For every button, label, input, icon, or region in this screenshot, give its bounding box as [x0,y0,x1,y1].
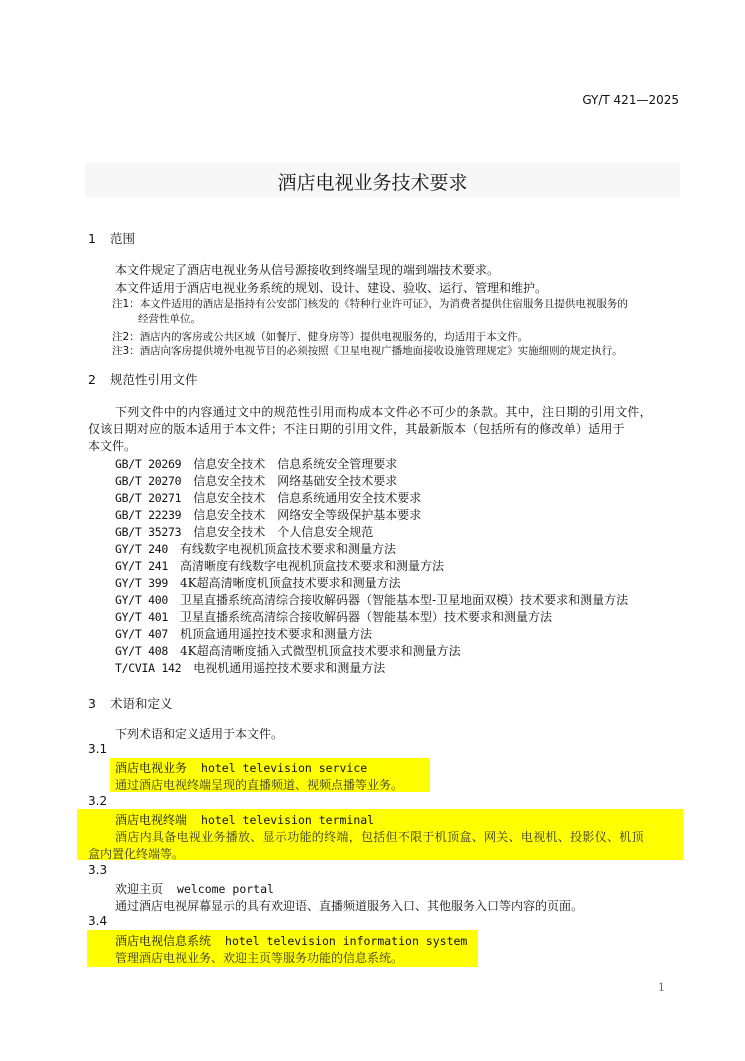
term-definition: 酒店内具备电视业务播放、显示功能的终端，包括但不限于机顶盒、网关、电视机、投影仪… [115,828,644,845]
section-number: 1 [88,231,110,246]
reference-item: GY/T 240 有线数字电视机顶盒技术要求和测量方法 [115,540,396,557]
term-title: 欢迎主页welcome portal [115,880,274,897]
page-number: 1 [658,981,665,994]
section-title: 范围 [110,231,135,246]
normative-intro-line-1: 下列文件中的内容通过文中的规范性引用而构成本文件必不可少的条款。其中，注日期的引… [115,403,652,420]
standard-code: GY/T 421—2025 [582,93,679,107]
reference-item: GB/T 35273 信息安全技术 个人信息安全规范 [115,523,373,540]
normative-intro-line-2: 仅该日期对应的版本适用于本文件；不注日期的引用文件，其最新版本（包括所有的修改单… [88,420,625,437]
note-3: 注3：酒店向客房提供境外电视节目的必须按照《卫星电视广播地面接收设施管理规定》实… [112,343,623,358]
scope-paragraph-1: 本文件规定了酒店电视业务从信号源接收到终端呈现的端到端技术要求。 [115,261,499,278]
term-definition: 通过酒店电视终端呈现的直播频道、视频点播等业务。 [115,776,403,793]
reference-item: GY/T 408 4K超高清晰度插入式微型机顶盒技术要求和测量方法 [115,642,461,659]
term-definition: 通过酒店电视屏幕显示的具有欢迎语、直播频道服务入口、其他服务入口等内容的页面。 [115,897,583,914]
section-3-heading: 3术语和定义 [88,694,173,712]
reference-item: GY/T 407 机顶盒通用遥控技术要求和测量方法 [115,625,372,642]
terms-intro: 下列术语和定义适用于本文件。 [115,725,283,742]
note-1: 注1：本文件适用的酒店是指持有公安部门核发的《特种行业许可证》，为消费者提供住宿… [112,296,628,311]
term-title: 酒店电视业务hotel television service [115,759,367,776]
section-number: 2 [88,372,110,387]
term-definition-continued: 盒内置化终端等。 [88,845,184,862]
term-number: 3.1 [88,742,107,756]
reference-item: GB/T 20271 信息安全技术 信息系统通用安全技术要求 [115,489,421,506]
section-1-heading: 1范围 [88,229,135,247]
reference-item: GB/T 20269 信息安全技术 信息系统安全管理要求 [115,455,397,472]
term-definition: 管理酒店电视业务、欢迎主页等服务功能的信息系统。 [115,949,403,966]
reference-item: GY/T 400 卫星直播系统高清综合接收解码器（智能基本型-卫星地面双模）技术… [115,591,628,608]
section-title: 规范性引用文件 [110,372,198,387]
term-title: 酒店电视终端hotel television terminal [115,811,374,828]
section-title: 术语和定义 [110,696,173,711]
reference-item: GB/T 20270 信息安全技术 网络基础安全技术要求 [115,472,397,489]
document-title: 酒店电视业务技术要求 [0,168,745,195]
term-number: 3.3 [88,863,107,877]
reference-item: GY/T 399 4K超高清晰度机顶盒技术要求和测量方法 [115,574,401,591]
term-title: 酒店电视信息系统hotel television information sys… [115,932,467,949]
scope-paragraph-2: 本文件适用于酒店电视业务系统的规划、设计、建设、验收、运行、管理和维护。 [115,279,547,296]
reference-item: GY/T 241 高清晰度有线数字电视机顶盒技术要求和测量方法 [115,557,444,574]
term-number: 3.2 [88,794,107,808]
term-number: 3.4 [88,914,107,928]
normative-intro-line-3: 本文件。 [88,437,136,454]
note-1-continued: 经营性单位。 [138,311,201,326]
note-2: 注2：酒店内的客房或公共区域（如餐厅、健身房等）提供电视服务的，均适用于本文件。 [112,329,528,344]
section-2-heading: 2规范性引用文件 [88,370,198,388]
reference-item: GB/T 22239 信息安全技术 网络安全等级保护基本要求 [115,506,421,523]
reference-item: GY/T 401 卫星直播系统高清综合接收解码器（智能基本型）技术要求和测量方法 [115,608,552,625]
section-number: 3 [88,696,110,711]
reference-item: T/CVIA 142 电视机通用遥控技术要求和测量方法 [115,659,385,676]
